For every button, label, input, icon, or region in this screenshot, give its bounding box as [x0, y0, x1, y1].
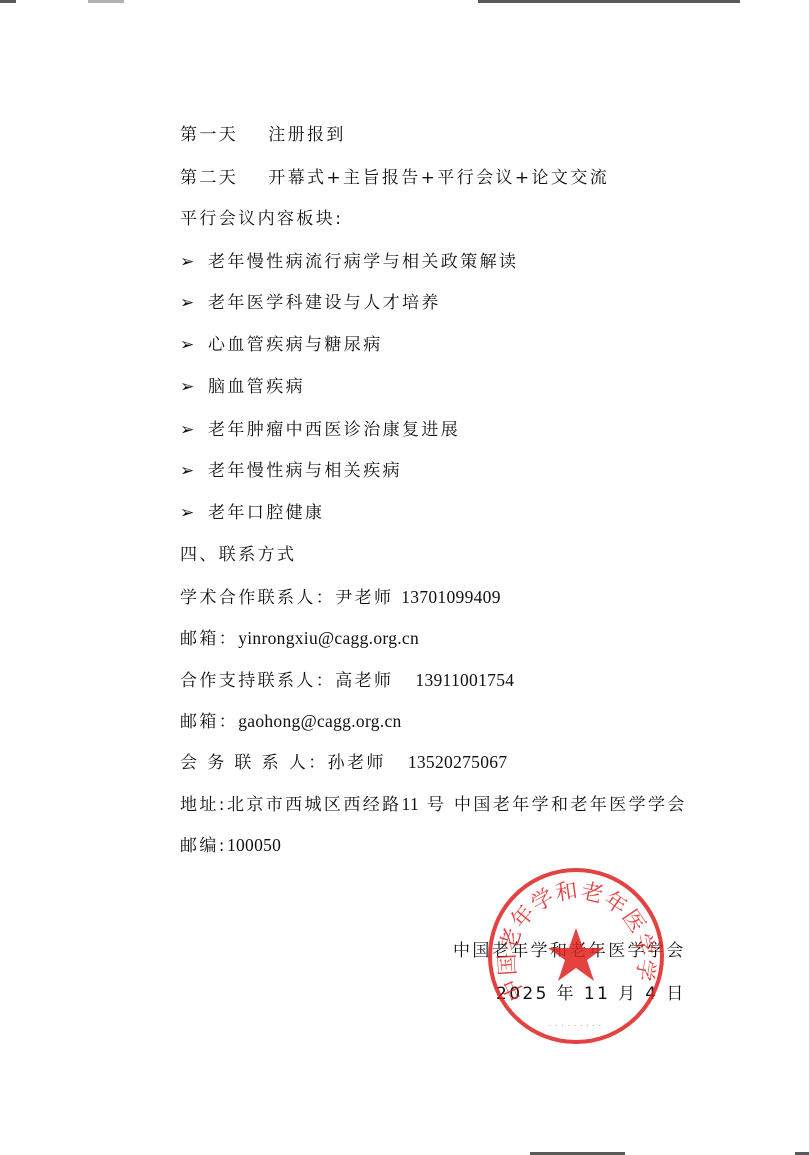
session-label: 老年肿瘤中西医诊治康复进展	[208, 420, 460, 440]
academic-contact: 学术合作联系人：尹老师 13701099409	[180, 586, 501, 609]
session-item: ➢老年口腔健康	[180, 502, 324, 524]
scan-edge	[478, 0, 740, 3]
support-contact: 合作支持联系人：高老师13911001754	[180, 669, 514, 692]
arrow-bullet-icon: ➢	[180, 460, 208, 482]
arrow-bullet-icon: ➢	[180, 292, 208, 314]
arrow-bullet-icon: ➢	[180, 376, 208, 398]
address-number: 11	[402, 794, 419, 814]
email-label: 邮箱：	[180, 629, 238, 649]
address: 地址:北京市西城区西经路11 号 中国老年学和老年医学学会	[180, 793, 687, 816]
support-email: 邮箱：gaohong@cagg.org.cn	[180, 710, 402, 733]
official-seal-icon: 中国老年学和老年医学学会 .........	[486, 866, 666, 1046]
phone-number: 13520275067	[408, 752, 508, 772]
academic-email: 邮箱：yinrongxiu@cagg.org.cn	[180, 627, 419, 650]
seal-text: 中国老年学和老年医学学会	[486, 866, 659, 1004]
arrow-bullet-icon: ➢	[180, 419, 208, 441]
day-content: 开幕式+主旨报告+平行会议+论文交流	[268, 168, 609, 188]
arrow-bullet-icon: ➢	[180, 251, 208, 273]
day-label: 第一天	[180, 125, 238, 145]
address-label: 地址:	[180, 795, 227, 815]
postcode-label: 邮编:	[180, 836, 227, 856]
session-label: 脑血管疾病	[208, 377, 305, 397]
postcode-value: 100050	[227, 835, 281, 855]
arrow-bullet-icon: ➢	[180, 334, 208, 356]
address-value: 北京市西城区西经路	[227, 795, 402, 815]
session-item: ➢心血管疾病与糖尿病	[180, 334, 383, 356]
affairs-contact: 会 务 联 系 人：孙老师13520275067	[180, 751, 507, 774]
session-item: ➢老年肿瘤中西医诊治康复进展	[180, 419, 460, 441]
phone-number: 13911001754	[415, 670, 514, 690]
email-link[interactable]: yinrongxiu@cagg.org.cn	[238, 628, 419, 648]
contact-label: 会 务 联 系 人：孙老师	[180, 753, 386, 773]
contact-label: 学术合作联系人：尹老师	[180, 588, 393, 608]
session-label: 老年口腔健康	[208, 503, 324, 523]
session-label: 老年慢性病与相关疾病	[208, 461, 402, 481]
arrow-bullet-icon: ➢	[180, 502, 208, 524]
svg-text:.........: .........	[548, 1020, 604, 1028]
session-label: 心血管疾病与糖尿病	[208, 335, 383, 355]
day-label: 第二天	[180, 168, 238, 188]
phone-number: 13701099409	[401, 587, 501, 607]
contact-heading: 四、联系方式	[180, 544, 296, 566]
session-label: 老年医学科建设与人才培养	[208, 293, 441, 313]
session-item: ➢老年医学科建设与人才培养	[180, 292, 441, 314]
session-item: ➢脑血管疾病	[180, 376, 305, 398]
email-link[interactable]: gaohong@cagg.org.cn	[238, 711, 401, 731]
session-item: ➢老年慢性病流行病学与相关政策解读	[180, 251, 518, 273]
session-item: ➢老年慢性病与相关疾病	[180, 460, 402, 482]
scan-edge	[88, 0, 124, 3]
svg-text:中国老年学和老年医学学会: 中国老年学和老年医学学会	[486, 866, 659, 1004]
sessions-heading: 平行会议内容板块:	[180, 208, 343, 230]
email-label: 邮箱：	[180, 712, 238, 732]
schedule-day-2: 第二天开幕式+主旨报告+平行会议+论文交流	[180, 167, 609, 189]
session-label: 老年慢性病流行病学与相关政策解读	[208, 252, 518, 272]
scan-edge	[0, 0, 16, 3]
postcode: 邮编:100050	[180, 834, 281, 857]
address-suffix: 号 中国老年学和老年医学学会	[427, 795, 687, 815]
schedule-day-1: 第一天注册报到	[180, 124, 346, 146]
contact-label: 合作支持联系人：高老师	[180, 671, 393, 691]
day-content: 注册报到	[268, 125, 346, 145]
